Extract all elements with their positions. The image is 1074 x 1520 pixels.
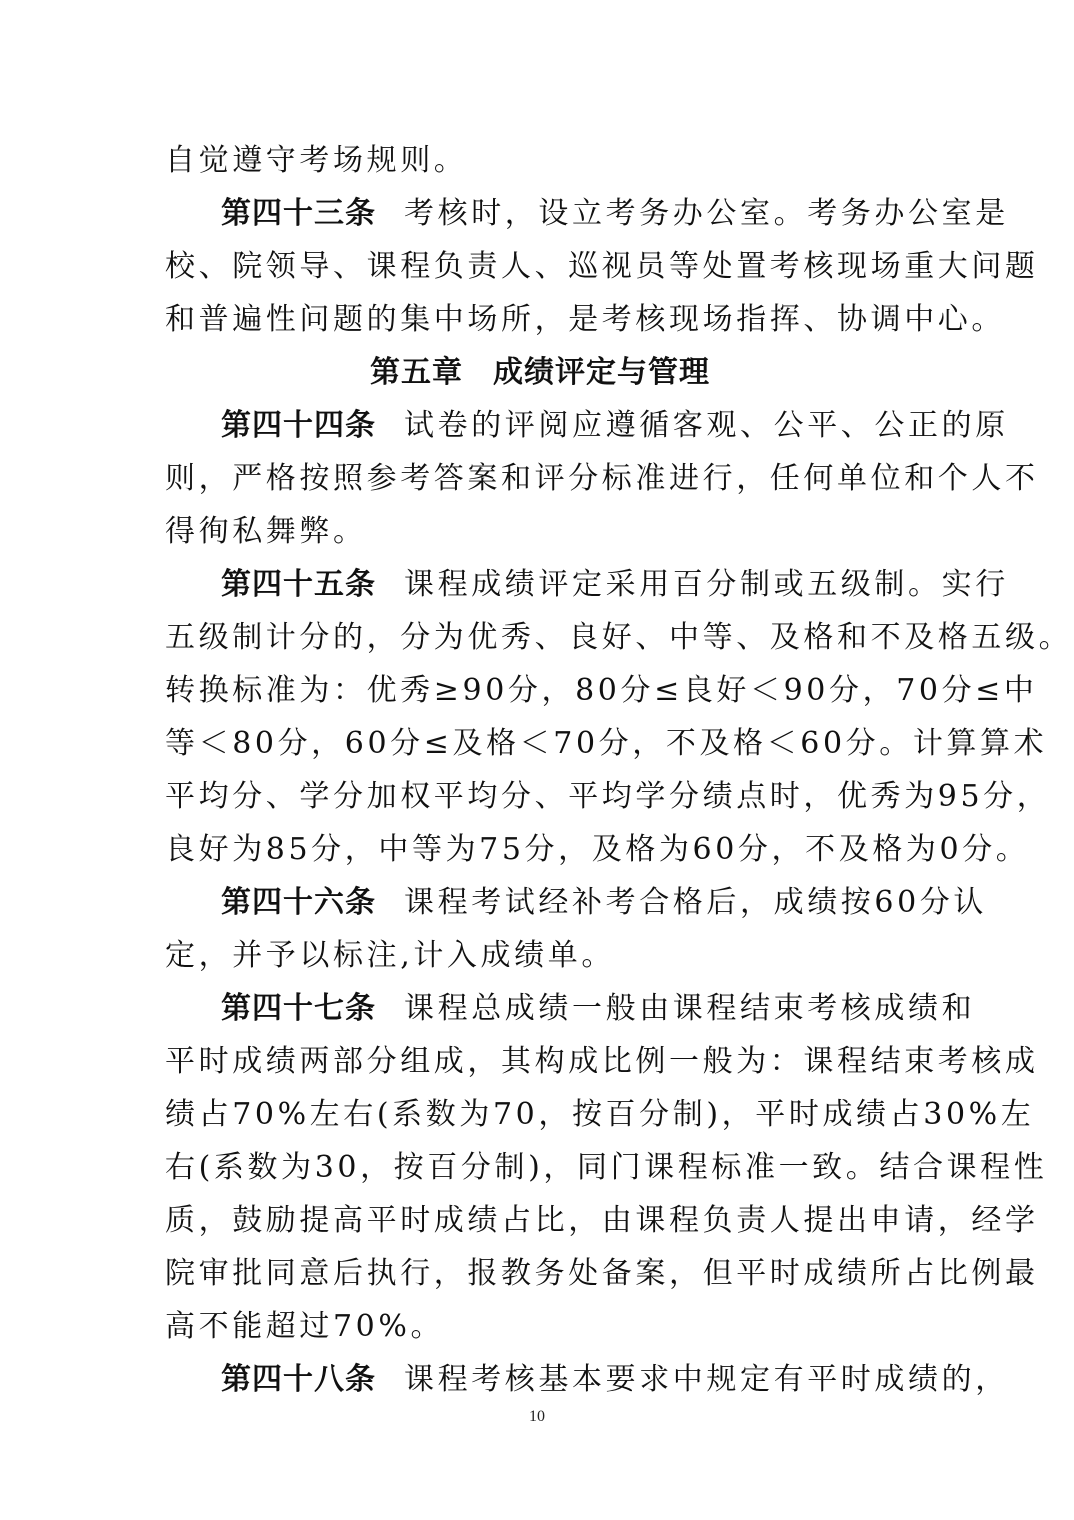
article-text: 课程成绩评定采用百分制或五级制。实行 — [404, 567, 1009, 602]
chapter-title: 成绩评定与管理 — [493, 355, 710, 390]
article-48: 第四十八条课程考核基本要求中规定有平时成绩的， — [165, 1353, 915, 1406]
article-45: 第四十五条课程成绩评定采用百分制或五级制。实行 五级制计分的，分为优秀、良好、中… — [165, 558, 915, 876]
article-line: 和普遍性问题的集中场所，是考核现场指挥、协调中心。 — [165, 293, 915, 346]
article-number: 第四十四条 — [221, 408, 376, 443]
article-line: 平时成绩两部分组成，其构成比例一般为：课程结束考核成 — [165, 1035, 915, 1088]
article-line: 质，鼓励提高平时成绩占比，由课程负责人提出申请，经学 — [165, 1194, 915, 1247]
article-text: 课程考试经补考合格后，成绩按60分认 — [404, 885, 987, 920]
article-line: 定，并予以标注,计入成绩单。 — [165, 929, 915, 982]
article-number: 第四十七条 — [221, 991, 376, 1026]
article-first-line: 第四十五条课程成绩评定采用百分制或五级制。实行 — [165, 558, 915, 611]
paragraph-continuation: 自觉遵守考场规则。 — [165, 134, 915, 187]
chapter-heading: 第五章成绩评定与管理 — [165, 346, 915, 399]
article-line: 得徇私舞弊。 — [165, 505, 915, 558]
article-line: 平均分、学分加权平均分、平均学分绩点时，优秀为95分， — [165, 770, 915, 823]
article-first-line: 第四十四条试卷的评阅应遵循客观、公平、公正的原 — [165, 399, 915, 452]
article-line: 绩占70%左右(系数为70，按百分制)，平时成绩占30%左 — [165, 1088, 915, 1141]
article-line: 等＜80分，60分≤及格＜70分，不及格＜60分。计算算术 — [165, 717, 915, 770]
article-first-line: 第四十六条课程考试经补考合格后，成绩按60分认 — [165, 876, 915, 929]
article-line: 高不能超过70%。 — [165, 1300, 915, 1353]
document-page: 自觉遵守考场规则。 第四十三条考核时，设立考务办公室。考务办公室是 校、院领导、… — [165, 134, 915, 1406]
article-47: 第四十七条课程总成绩一般由课程结束考核成绩和 平时成绩两部分组成，其构成比例一般… — [165, 982, 915, 1353]
article-number: 第四十八条 — [221, 1362, 376, 1397]
page-number: 10 — [0, 1408, 1074, 1426]
article-46: 第四十六条课程考试经补考合格后，成绩按60分认 定，并予以标注,计入成绩单。 — [165, 876, 915, 982]
article-44: 第四十四条试卷的评阅应遵循客观、公平、公正的原 则，严格按照参考答案和评分标准进… — [165, 399, 915, 558]
article-text: 课程总成绩一般由课程结束考核成绩和 — [404, 991, 975, 1026]
article-line: 院审批同意后执行，报教务处备案，但平时成绩所占比例最 — [165, 1247, 915, 1300]
article-number: 第四十六条 — [221, 885, 376, 920]
article-text: 考核时，设立考务办公室。考务办公室是 — [404, 196, 1009, 231]
article-line: 良好为85分，中等为75分，及格为60分，不及格为0分。 — [165, 823, 915, 876]
article-line: 转换标准为：优秀≥90分，80分≤良好＜90分，70分≤中 — [165, 664, 915, 717]
chapter-number: 第五章 — [370, 355, 463, 390]
article-first-line: 第四十三条考核时，设立考务办公室。考务办公室是 — [165, 187, 915, 240]
article-line: 五级制计分的，分为优秀、良好、中等、及格和不及格五级。 — [165, 611, 915, 664]
article-number: 第四十五条 — [221, 567, 376, 602]
article-line: 校、院领导、课程负责人、巡视员等处置考核现场重大问题 — [165, 240, 915, 293]
article-text: 课程考核基本要求中规定有平时成绩的， — [404, 1362, 1009, 1397]
article-line: 则，严格按照参考答案和评分标准进行，任何单位和个人不 — [165, 452, 915, 505]
article-number: 第四十三条 — [221, 196, 376, 231]
article-line: 右(系数为30，按百分制)，同门课程标准一致。结合课程性 — [165, 1141, 915, 1194]
article-43: 第四十三条考核时，设立考务办公室。考务办公室是 校、院领导、课程负责人、巡视员等… — [165, 187, 915, 346]
article-first-line: 第四十七条课程总成绩一般由课程结束考核成绩和 — [165, 982, 915, 1035]
article-first-line: 第四十八条课程考核基本要求中规定有平时成绩的， — [165, 1353, 915, 1406]
article-text: 试卷的评阅应遵循客观、公平、公正的原 — [404, 408, 1009, 443]
